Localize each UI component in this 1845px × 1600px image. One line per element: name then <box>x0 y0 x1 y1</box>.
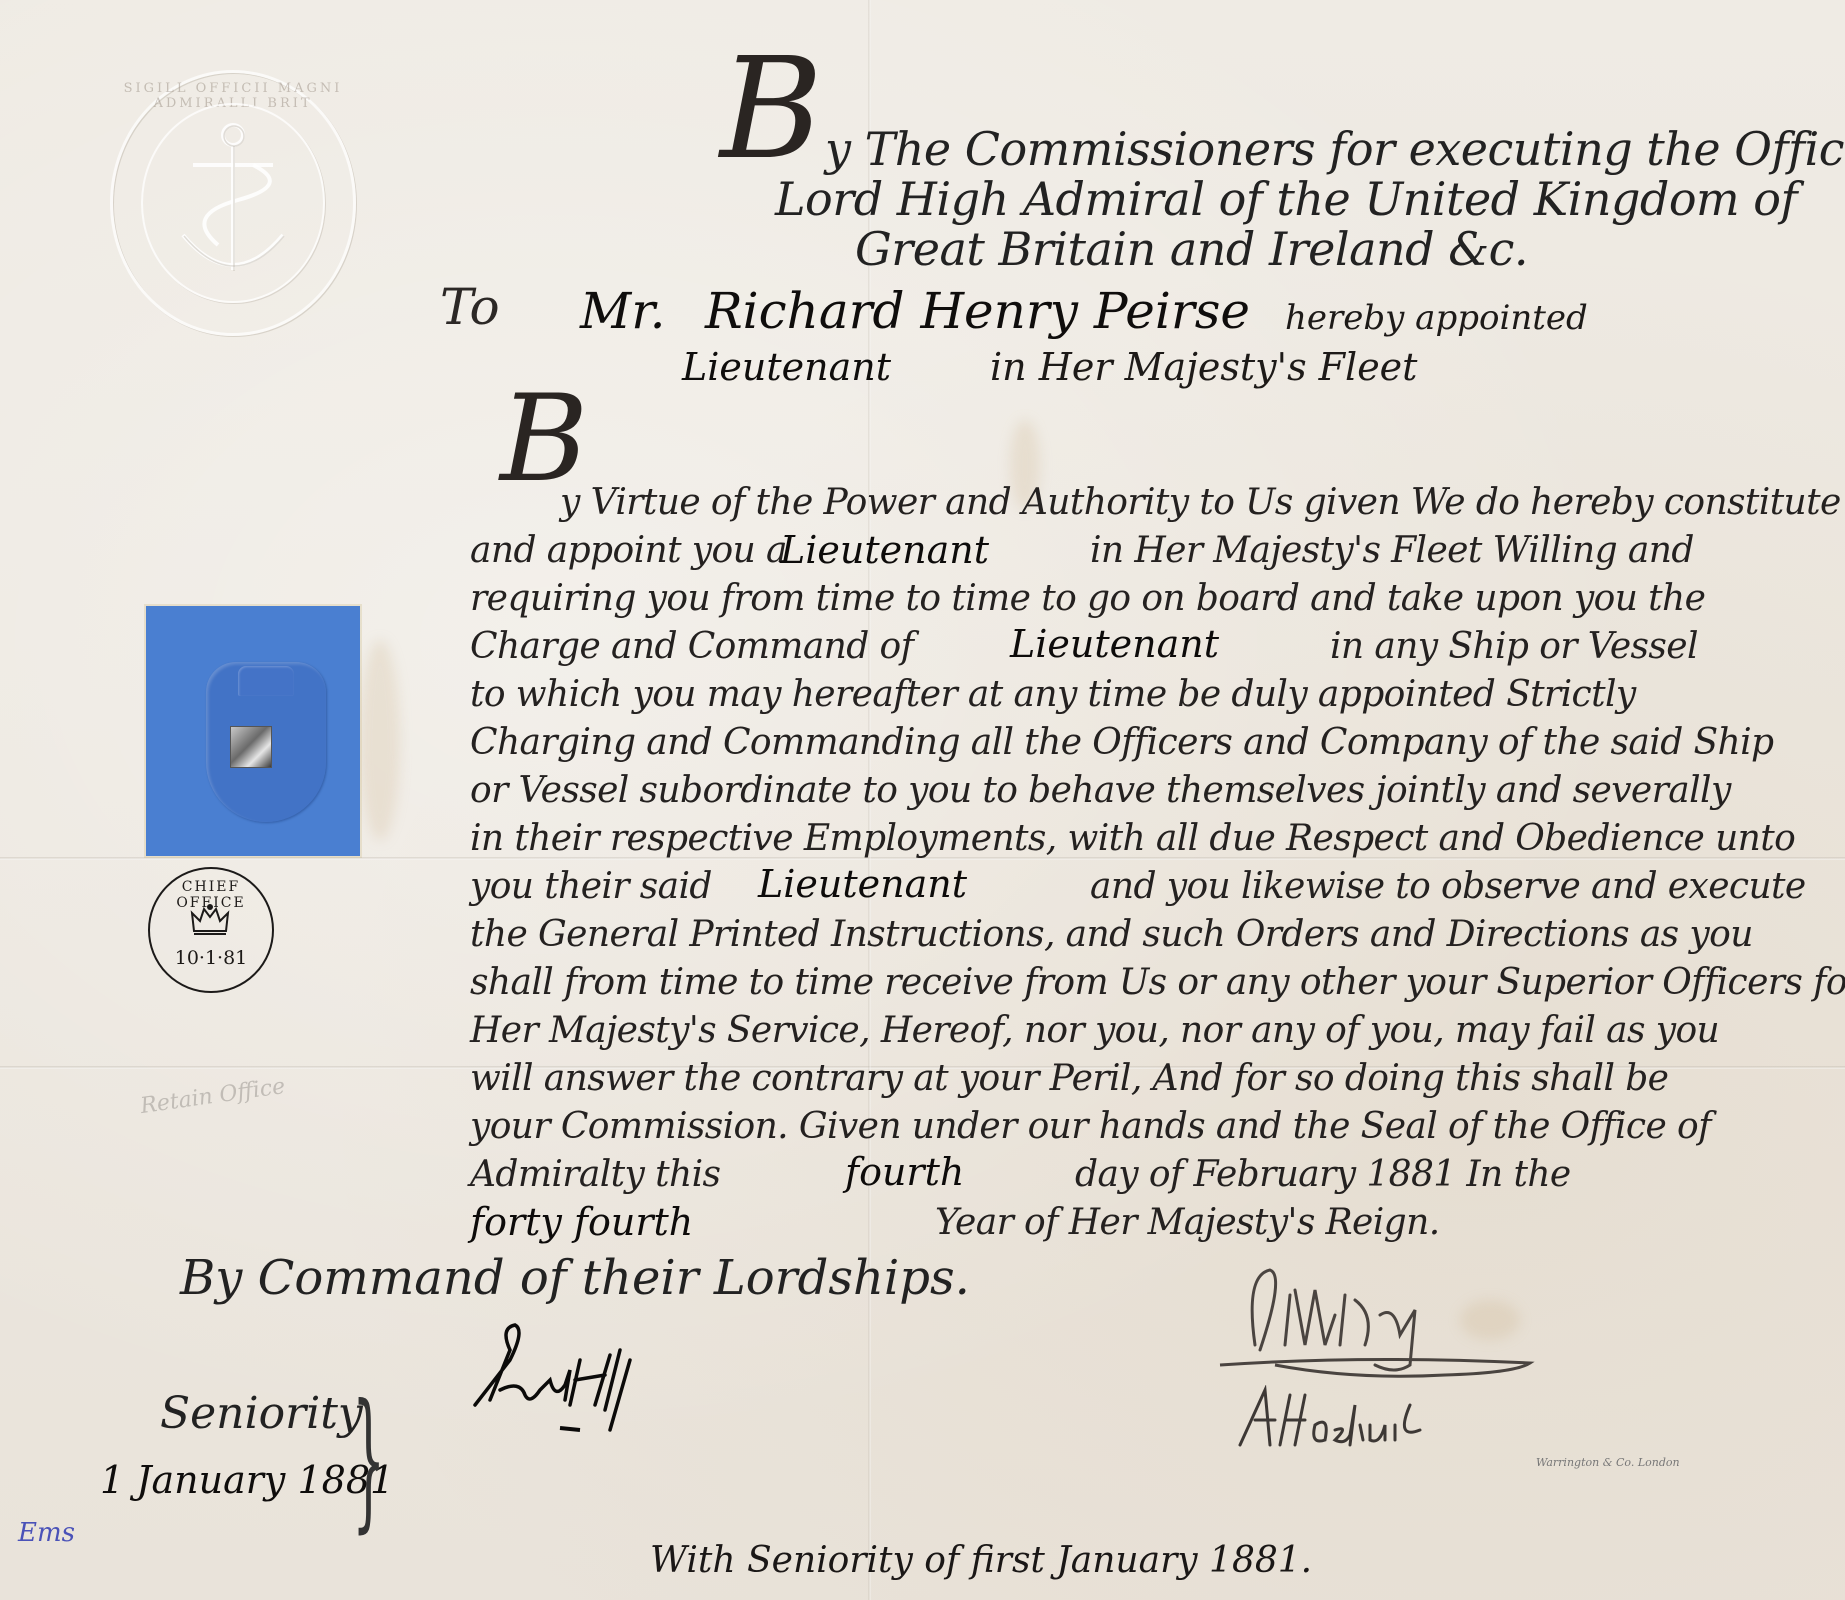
body-line-1: y Virtue of the Power and Authority to U… <box>560 482 1841 523</box>
anchor-icon <box>143 105 323 301</box>
blue-ink-mark: Ems <box>18 1518 75 1548</box>
header-line-1: y The Commissioners for executing the Of… <box>825 122 1845 176</box>
printer-imprint: Warrington & Co. London <box>1536 1456 1680 1469</box>
body-line-4-pre: Charge and Command of <box>470 626 913 667</box>
body-line-12: Her Majesty's Service, Hereof, nor you, … <box>470 1010 1719 1051</box>
embossed-anchor-seal: SIGILL OFFICII MAGNI ADMIRALLI BRIT <box>110 70 356 336</box>
footer-seniority-note: With Seniority of first January 1881. <box>650 1540 1312 1581</box>
seniority-date: 1 January 1881 <box>100 1458 394 1502</box>
body-line-9-post: and you likewise to observe and execute <box>1090 866 1806 907</box>
blue-embossed-seal <box>146 606 360 856</box>
addressee-name: Richard Henry Peirse <box>705 282 1250 340</box>
body-line-10: the General Printed Instructions, and su… <box>470 914 1753 955</box>
emboss-inner-ring <box>141 103 325 303</box>
header-initial: B <box>720 40 823 180</box>
body-line-16-fill: forty fourth <box>470 1200 693 1244</box>
brace-glyph: } <box>352 1385 385 1535</box>
signature-secretary: Robert Hall <box>470 1320 770 1444</box>
addressee-rank: Lieutenant <box>682 345 891 389</box>
body-line-2-post: in Her Majesty's Fleet Willing and <box>1090 530 1694 571</box>
pencil-annotation: Retain Office <box>139 1075 287 1119</box>
body-line-4-fill: Lieutenant <box>1010 622 1219 666</box>
stain <box>360 640 400 840</box>
signature-icon <box>470 1320 770 1440</box>
body-line-5: to which you may hereafter at any time b… <box>470 674 1636 715</box>
body-line-7: or Vessel subordinate to you to behave t… <box>470 770 1731 811</box>
body-line-2-fill: Lieutenant <box>780 528 989 572</box>
closing-line: By Command of their Lordships. <box>180 1250 970 1306</box>
commission-document: SIGILL OFFICII MAGNI ADMIRALLI BRIT B y … <box>0 0 1845 1600</box>
body-line-11: shall from time to time receive from Us … <box>470 962 1845 1003</box>
body-line-9-fill: Lieutenant <box>758 862 967 906</box>
chief-office-postmark: CHIEF OFFICE 10·1·81 <box>148 867 274 993</box>
header-line-3: Great Britain and Ireland &c. <box>855 222 1528 276</box>
header-line-2: Lord High Admiral of the United Kingdom … <box>775 172 1797 226</box>
body-line-15-post: day of February 1881 In the <box>1075 1154 1571 1195</box>
body-line-8: in their respective Employments, with al… <box>470 818 1795 859</box>
body-line-13: will answer the contrary at your Peril, … <box>470 1058 1668 1099</box>
body-line-14: your Commission. Given under our hands a… <box>470 1106 1711 1147</box>
hereby-appointed: hereby appointed <box>1285 298 1588 338</box>
crown-icon <box>190 903 230 937</box>
addressee-title: Mr. <box>580 282 666 340</box>
body-line-16-post: Year of Her Majesty's Reign. <box>935 1202 1440 1243</box>
body-line-6: Charging and Commanding all the Officers… <box>470 722 1774 763</box>
postmark-date: 10·1·81 <box>150 947 272 969</box>
body-line-9-pre: you their said <box>470 866 712 907</box>
body-line-3: requiring you from time to time to go on… <box>470 578 1705 619</box>
silver-foil-stamp <box>230 726 272 768</box>
body-line-2-pre: and appoint you a <box>470 530 787 571</box>
seniority-label: Seniority <box>160 1388 363 1439</box>
signature-icon <box>1215 1255 1545 1385</box>
addressee-prefix: To <box>440 278 500 336</box>
signature-lord-1: W. H. Smith <box>1215 1255 1545 1389</box>
crown-icon <box>238 666 294 696</box>
body-line-15-fill: fourth <box>845 1150 964 1194</box>
body-line-4-post: in any Ship or Vessel <box>1330 626 1698 667</box>
signature-lord-2: A. H. Hoskins <box>1235 1385 1475 1459</box>
body-line-15-pre: Admiralty this <box>470 1154 720 1195</box>
signature-icon <box>1235 1385 1475 1455</box>
addressee-fleet: in Her Majesty's Fleet <box>990 345 1417 389</box>
